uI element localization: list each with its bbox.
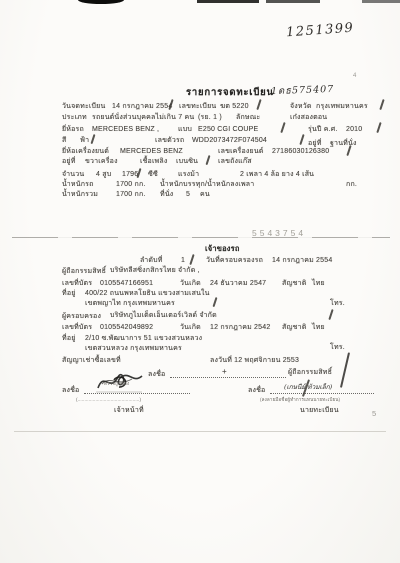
field-reg-date-label: วันจดทะเบียน <box>62 103 105 110</box>
field-axles-value: 2 เพลา 4 ล้อ ยาง 4 เส้น <box>240 171 314 178</box>
scan-artifact-bar <box>197 0 259 3</box>
field-holder-label: ผู้ถือกรรมสิทธิ์ <box>62 268 106 275</box>
field-cylinders-label: จำนวน <box>62 171 84 178</box>
field-possessor-label: ผู้ครอบครอง <box>62 313 101 320</box>
field-engine-brand-value: MERCEDES BENZ <box>120 148 183 155</box>
section-divider-line <box>12 237 390 238</box>
field-holder-value: บริษัทลีสซิ่งกสิกรไทย จำกัด , <box>110 267 200 274</box>
field-province-value: กรุงเทพมหานคร <box>316 103 368 110</box>
registrar-name-caption: (ลงลายมือชื่อผู้ทำการแทนนายทะเบียน) <box>260 398 340 403</box>
field-order-value: 1 <box>181 257 185 264</box>
field-holder-dob-label: วันเกิด <box>180 280 201 287</box>
check-slash <box>328 309 333 320</box>
field-seats-label: ที่นั่ง <box>160 191 173 198</box>
handwritten-doc-number: 1251399 <box>286 22 355 40</box>
field-possessor-value: บริษัทภูไมเต็ดเอ็นเตอร์เวิลด์ จำกัด <box>110 312 217 319</box>
field-seats-unit: คน <box>200 191 210 198</box>
field-possessor-nat-value: ไทย <box>312 324 325 331</box>
field-year-value: 2010 <box>346 126 362 133</box>
field-type-code: (รย. 1 ) <box>198 114 222 121</box>
check-slash <box>376 122 381 133</box>
field-gross-value: 1700 กก. <box>116 191 146 198</box>
field-engine-no-value: 27186030126380 <box>272 148 329 155</box>
check-slash <box>280 122 285 133</box>
field-weight-value: 1700 กก. <box>116 181 146 188</box>
field-possess-date-label: วันที่ครอบครองรถ <box>206 257 263 264</box>
field-province-label: จังหวัด <box>290 103 312 110</box>
scan-artifact-blob <box>78 0 124 4</box>
officer-signature-caption: ตรวจถูกต้อง <box>104 382 129 387</box>
holder-role-label: ผู้ถือกรรมสิทธิ์ <box>288 369 332 376</box>
field-holder-addr-label: ที่อยู่ <box>62 290 76 297</box>
scan-artifact-bar <box>266 0 320 3</box>
field-vin-value: WDD2073472F074504 <box>192 137 267 144</box>
check-slash <box>299 134 304 145</box>
field-engine-no-label: เลขเครื่องยนต์ <box>218 148 264 155</box>
field-engine-brand-label: ยี่ห้อเครื่องยนต์ <box>62 148 109 155</box>
field-possessor-nat-label: สัญชาติ <box>282 324 306 331</box>
field-shape-value: เก๋งสองตอน <box>290 114 327 121</box>
field-horsepower-label: แรงม้า <box>178 171 199 178</box>
signature-dotted-line <box>170 376 286 378</box>
check-slash <box>205 155 210 165</box>
field-vin-label: เลขตัวรถ <box>155 137 184 144</box>
field-type-value: รถยนต์นั่งส่วนบุคคลไม่เกิน 7 คน <box>92 114 194 121</box>
corner-mark: 4 <box>353 73 357 79</box>
field-holder-addr2: เขตพญาไท กรุงเทพมหานคร <box>85 300 175 307</box>
field-cylinders-value: 4 สูบ <box>96 171 111 178</box>
field-shape-label: ลักษณะ <box>236 114 260 121</box>
field-possessor-dob-value: 12 กรกฎาคม 2542 <box>210 324 270 331</box>
field-possess-date-value: 14 กรกฎาคม 2554 <box>272 257 332 264</box>
document-title: รายการจดทะเบียน <box>186 88 274 98</box>
field-holder-id-label: เลขที่บัตร <box>62 280 92 287</box>
scanned-registration-document: 1251399 4 รายการจดทะเบียน 1ดธ575407 วันจ… <box>0 0 400 563</box>
registrar-dotted-line <box>270 392 374 394</box>
field-fuel-label: เชื้อเพลิง <box>140 158 167 165</box>
field-vin-loc-label: อยู่ที่ <box>308 140 322 147</box>
holder-signature-stroke <box>340 352 350 387</box>
page-number: 5 <box>372 410 376 418</box>
field-order-label: ลำดับที่ <box>140 257 163 264</box>
field-vin-loc-value: ฐานที่นั่ง <box>330 140 357 147</box>
registrar-signature-name: (เกษนีย์ ท้วมเล็ก) <box>284 384 332 391</box>
field-holder-dob-value: 24 ธันวาคม 2547 <box>210 280 266 287</box>
field-load-unit: กก. <box>346 181 357 188</box>
field-contract-label: สัญญาเช่าซื้อเลขที่ <box>62 357 121 364</box>
field-gross-label: น้ำหนักรวม <box>62 191 98 198</box>
field-possessor-addr1: 2/10 ซ.พัฒนาการ 51 แขวงสวนหลวง <box>85 335 202 342</box>
officer-role-label: เจ้าหน้าที่ <box>114 407 144 414</box>
handwritten-ref-number: 1ดธ575407 <box>271 85 335 97</box>
sign-label-officer: ลงชื่อ <box>62 387 79 394</box>
field-seats-value: 5 <box>186 191 190 198</box>
bottom-scan-line <box>14 431 386 432</box>
field-gas-tank-label: เลขถังแก๊ส <box>218 158 252 165</box>
field-possessor-addr2: เขตสวนหลวง กรุงเทพมหานคร <box>85 345 182 352</box>
plus-mark: + <box>222 368 227 376</box>
check-slash <box>256 99 261 110</box>
field-load-label: น้ำหนักบรรทุก/น้ำหนักลงเพลา <box>160 181 254 188</box>
officer-name-caption: (.......................................… <box>76 398 141 403</box>
field-cc-unit: ซีซี <box>148 171 158 178</box>
check-slash <box>212 297 217 307</box>
check-slash <box>90 134 95 144</box>
field-weight-label: น้ำหนักรถ <box>62 181 94 188</box>
field-possessor-tel-label: โทร. <box>330 344 345 351</box>
field-possessor-addr-label: ที่อยู่ <box>62 335 76 342</box>
field-year-label: รุ่นปี ค.ศ. <box>308 126 338 133</box>
field-model-label: แบบ <box>178 126 192 133</box>
field-color-value: ฟ้า <box>80 137 89 144</box>
field-engine-loc-value: ขวาเครื่อง <box>85 158 118 165</box>
sign-label-registrar: ลงชื่อ <box>248 387 265 394</box>
field-type-label: ประเภท <box>62 114 87 121</box>
field-model-value: E250 CGI COUPE <box>198 126 258 133</box>
field-holder-nat-value: ไทย <box>312 280 325 287</box>
field-possessor-id-label: เลขที่บัตร <box>62 324 92 331</box>
field-possessor-dob-label: วันเกิด <box>180 324 201 331</box>
field-contract-date: ลงวันที่ 12 พฤศจิกายน 2553 <box>210 357 299 364</box>
check-slash <box>379 99 384 110</box>
field-holder-addr1: 400/22 ถนนพหลโยธิน แขวงสามเสนใน <box>85 290 210 297</box>
field-reg-date-value: 14 กรกฎาคม 2554 <box>112 103 172 110</box>
field-plate-label: เลขทะเบียน <box>179 103 216 110</box>
registrar-role-label: นายทะเบียน <box>300 407 339 414</box>
check-slash <box>189 254 194 265</box>
owner-section-title: เจ้าของรถ <box>205 245 240 253</box>
field-engine-loc-label: อยู่ที่ <box>62 158 76 165</box>
field-fuel-value: เบนซิน <box>176 158 198 165</box>
scan-artifact-bar <box>362 0 400 3</box>
field-plate-value: ฆต 5220 <box>220 103 249 110</box>
field-holder-nat-label: สัญชาติ <box>282 280 306 287</box>
check-slash <box>136 168 141 178</box>
field-brand-label: ยี่ห้อรถ <box>62 126 84 133</box>
field-brand-value: MERCEDES BENZ , <box>92 126 159 133</box>
field-holder-tel-label: โทร. <box>330 300 345 307</box>
field-holder-id-value: 0105547166951 <box>100 280 153 287</box>
field-color-label: สี <box>62 137 66 144</box>
field-possessor-id-value: 0105542049892 <box>100 324 153 331</box>
